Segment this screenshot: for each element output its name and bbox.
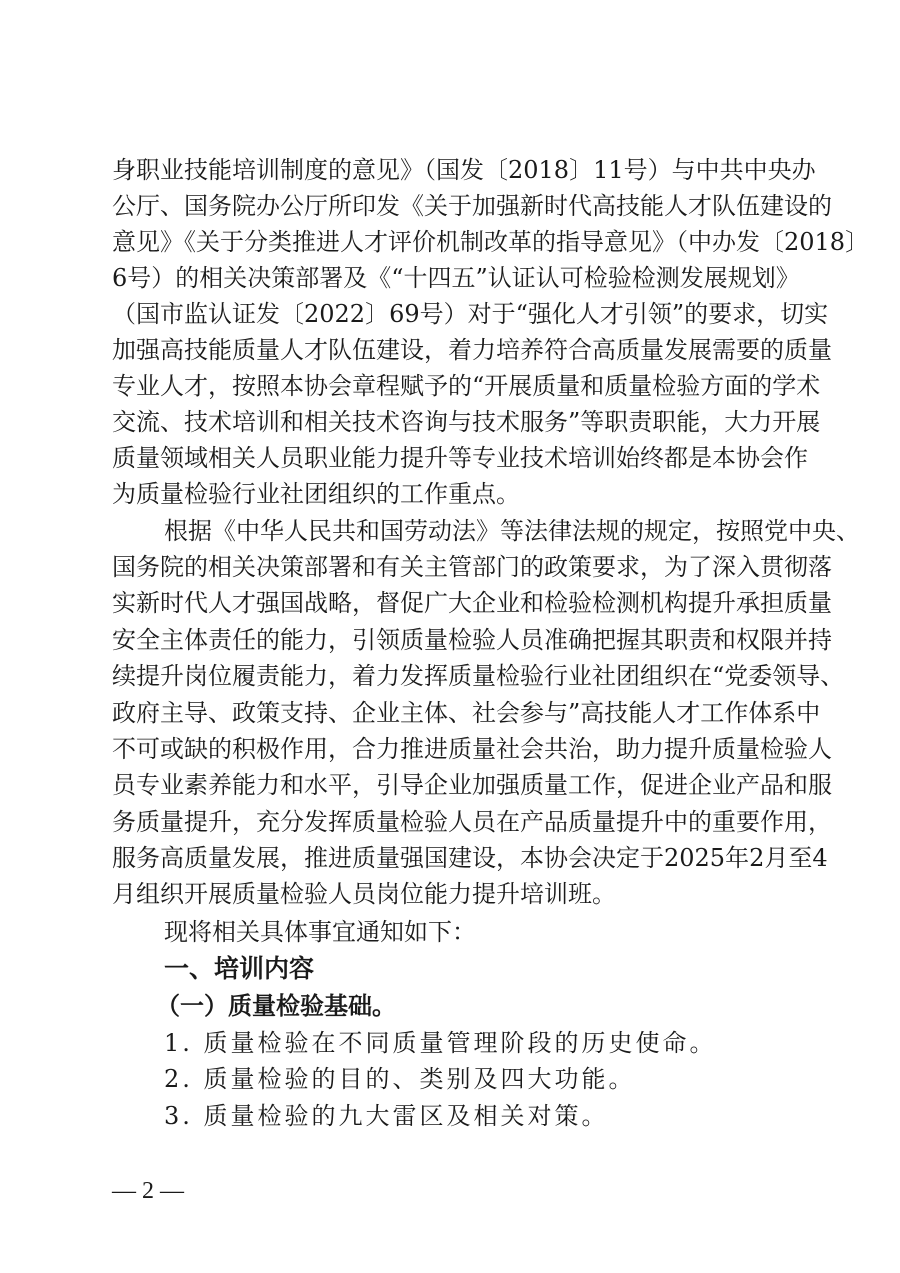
paragraph-1-line-10: 为质量检验行业社团组织的工作重点。 — [112, 476, 788, 512]
paragraph-3-line-1: 现将相关具体事宜通知如下： — [164, 914, 788, 950]
section-heading: 一、培训内容 — [164, 951, 788, 987]
paragraph-2-line-2: 国务院的相关决策部署和有关主管部门的政策要求，为了深入贯彻落 — [112, 549, 788, 585]
paragraph-1-line-2: 公厅、国务院办公厅所印发《关于加强新时代高技能人才队伍建设的 — [112, 188, 788, 224]
paragraph-2-line-11: 月组织开展质量检验人员岗位能力提升培训班。 — [112, 876, 788, 912]
paragraph-1-line-8: 交流、技术培训和相关技术咨询与技术服务”等职责职能，大力开展 — [112, 404, 788, 440]
paragraph-1-line-3: 意见》《关于分类推进人才评价机制改革的指导意见》（中办发〔2018〕 — [112, 224, 788, 260]
paragraph-2-line-10: 服务高质量发展，推进质量强国建设，本协会决定于2025年2月至4 — [112, 840, 788, 876]
paragraph-1-line-1: 身职业技能培训制度的意见》（国发〔2018〕11号）与中共中央办 — [112, 152, 788, 188]
list-item-2: 2. 质量检验的目的、类别及四大功能。 — [164, 1061, 788, 1097]
paragraph-1-line-6: 加强高技能质量人才队伍建设，着力培养符合高质量发展需要的质量 — [112, 332, 788, 368]
paragraph-1-line-7: 专业人才，按照本协会章程赋予的“开展质量和质量检验方面的学术 — [112, 368, 788, 404]
document-page: 身职业技能培训制度的意见》（国发〔2018〕11号）与中共中央办 公厅、国务院办… — [0, 0, 900, 1273]
paragraph-2-line-5: 续提升岗位履责能力，着力发挥质量检验行业社团组织在“党委领导、 — [112, 658, 788, 694]
subsection-heading: （一）质量检验基础。 — [156, 988, 788, 1024]
paragraph-2-line-4: 安全主体责任的能力，引领质量检验人员准确把握其职责和权限并持 — [112, 622, 788, 658]
paragraph-2-line-8: 员专业素养能力和水平，引导企业加强质量工作，促进企业产品和服 — [112, 767, 788, 803]
paragraph-2-line-9: 务质量提升，充分发挥质量检验人员在产品质量提升中的重要作用， — [112, 804, 788, 840]
page-number: — 2 — — [112, 1173, 184, 1209]
paragraph-2-line-7: 不可或缺的积极作用，合力推进质量社会共治，助力提升质量检验人 — [112, 731, 788, 767]
paragraph-2-line-1: 根据《中华人民共和国劳动法》等法律法规的规定，按照党中央、 — [164, 513, 788, 549]
paragraph-1-line-5: （国市监认证发〔2022〕69号）对于“强化人才引领”的要求，切实 — [112, 296, 788, 332]
list-item-1: 1. 质量检验在不同质量管理阶段的历史使命。 — [164, 1025, 788, 1061]
list-item-3: 3. 质量检验的九大雷区及相关对策。 — [164, 1098, 788, 1134]
paragraph-2-line-3: 实新时代人才强国战略，督促广大企业和检验检测机构提升承担质量 — [112, 585, 788, 621]
paragraph-1-line-9: 质量领域相关人员职业能力提升等专业技术培训始终都是本协会作 — [112, 440, 788, 476]
paragraph-2-line-6: 政府主导、政策支持、企业主体、社会参与”高技能人才工作体系中 — [112, 695, 788, 731]
paragraph-1-line-4: 6号）的相关决策部署及《“十四五”认证认可检验检测发展规划》 — [112, 260, 788, 296]
